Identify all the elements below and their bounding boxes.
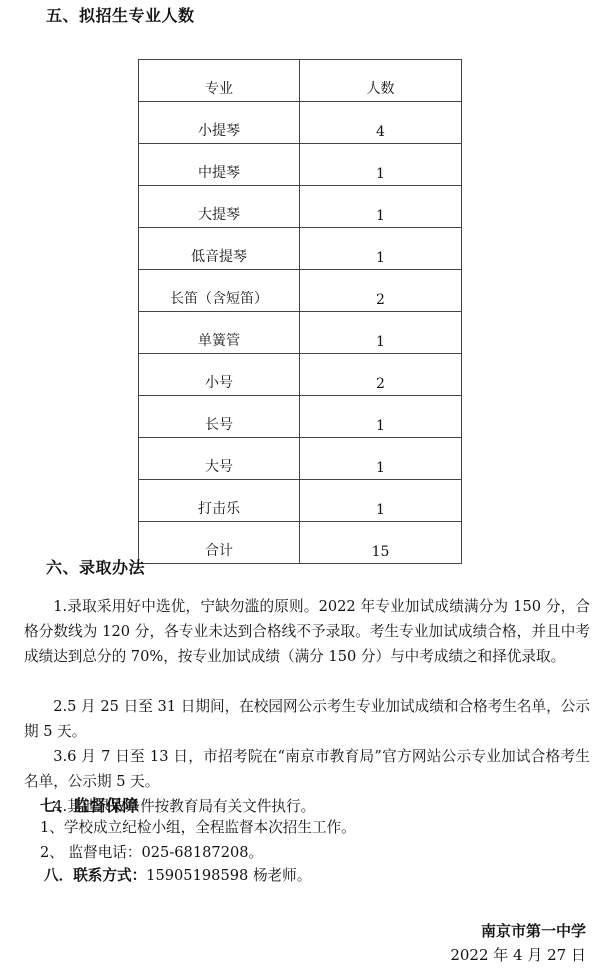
count-cell: 2 [300,354,462,396]
signature-org: 南京市第一中学 [481,920,586,941]
major-cell: 单簧管 [139,312,300,354]
major-cell: 大号 [139,438,300,480]
section6-heading: 六、录取办法 [46,555,145,578]
major-cell: 小号 [139,354,300,396]
table-row: 小提琴4 [139,102,462,144]
major-cell: 小提琴 [139,102,300,144]
major-cell: 长笛（含短笛） [139,270,300,312]
table-row: 小号2 [139,354,462,396]
major-cell: 低音提琴 [139,228,300,270]
table-header-row: 专业人数 [139,60,462,102]
admission-rule-3: 3.6 月 7 日至 13 日，市招考院在“南京市教育局”官方网站公示专业加试合… [24,744,590,794]
table-row: 低音提琴1 [139,228,462,270]
table-row: 合计15 [139,522,462,564]
contact-line: 八．联系方式：15905198598 杨老师。 [44,864,311,885]
supervision-item-1: 1、学校成立纪检小组，全程监督本次招生工作。 [40,816,356,837]
count-cell: 1 [300,312,462,354]
section7-heading: 七、监督保障 [40,793,139,816]
major-cell: 中提琴 [139,144,300,186]
count-cell: 1 [300,144,462,186]
count-cell: 人数 [300,60,462,102]
table-row: 单簧管1 [139,312,462,354]
table-row: 长笛（含短笛）2 [139,270,462,312]
table-row: 大提琴1 [139,186,462,228]
major-cell: 打击乐 [139,480,300,522]
count-cell: 1 [300,186,462,228]
admission-rule-2: 2.5 月 25 日至 31 日期间，在校园网公示考生专业加试成绩和合格考生名单… [24,694,590,744]
major-cell: 大提琴 [139,186,300,228]
section8-heading: 八．联系方式： [44,867,146,884]
major-cell: 专业 [139,60,300,102]
table-row: 打击乐1 [139,480,462,522]
count-cell: 4 [300,102,462,144]
count-cell: 1 [300,396,462,438]
signature-date: 2022 年 4 月 27 日 [450,944,586,965]
supervision-item-2: 2、 监督电话：025-68187208。 [40,841,263,862]
count-cell: 15 [300,522,462,564]
count-cell: 1 [300,480,462,522]
count-cell: 2 [300,270,462,312]
major-cell: 合计 [139,522,300,564]
table-row: 长号1 [139,396,462,438]
enrollment-table: 专业人数小提琴4中提琴1大提琴1低音提琴1长笛（含短笛）2单簧管1小号2长号1大… [138,59,462,564]
contact-info: 15905198598 杨老师。 [146,867,311,884]
admission-rule-1: 1.录取采用好中选优，宁缺勿滥的原则。2022 年专业加试成绩满分为 150 分… [24,594,590,669]
major-cell: 长号 [139,396,300,438]
table-row: 大号1 [139,438,462,480]
count-cell: 1 [300,438,462,480]
table-row: 中提琴1 [139,144,462,186]
section5-heading: 五、拟招生专业人数 [46,3,195,26]
count-cell: 1 [300,228,462,270]
